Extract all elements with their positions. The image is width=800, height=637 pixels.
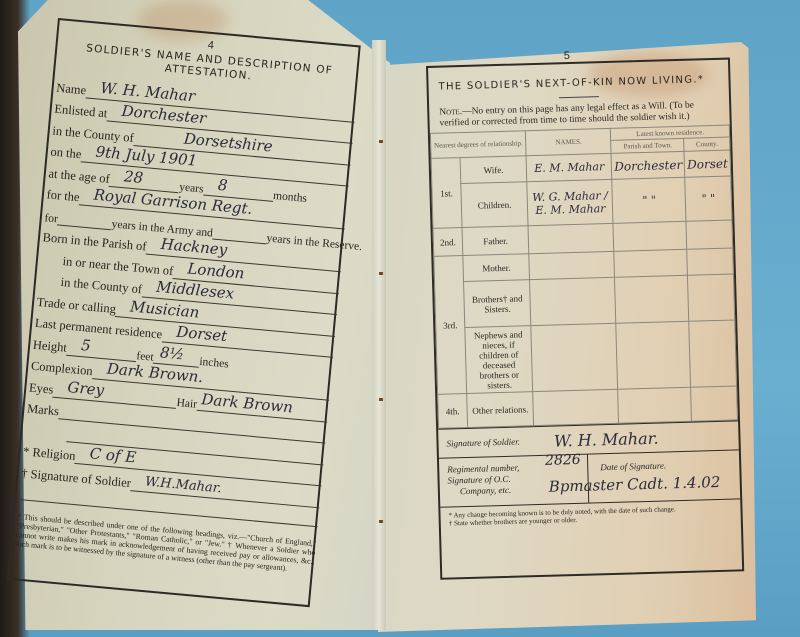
soldier-signature: W.H.Mahar. — [144, 474, 222, 496]
binding-stitch — [379, 272, 383, 275]
header-county: County. — [684, 137, 730, 151]
soldier-signature: W. H. Mahar. — [554, 428, 659, 450]
book-gutter — [372, 40, 386, 630]
regimental-block: Regimental number, 2826 Signature of O.C… — [439, 449, 740, 506]
eyes-value: Grey — [67, 378, 105, 399]
next-of-kin-section: 5 THE SOLDIER'S NEXT-OF-KIN NOW LIVING.*… — [426, 58, 740, 580]
header-degree: Nearest degrees of relationship. — [430, 131, 526, 159]
table-row: Nephews and nieces, if children of decea… — [436, 320, 737, 394]
age-months-value: 8 — [217, 175, 228, 194]
binding-stitch — [379, 398, 383, 401]
residence-value: Dorset — [176, 323, 228, 346]
right-page-border: THE SOLDIER'S NEXT-OF-KIN NOW LIVING.* N… — [426, 58, 744, 580]
religion-value: C of E — [89, 444, 137, 466]
table-row: Brothers† and Sisters. — [435, 274, 735, 328]
wife-name: E. M. Mahar — [526, 153, 612, 181]
age-years-value: 28 — [123, 167, 144, 187]
children-names: W. G. Mahar / E. M. Mahar — [527, 179, 613, 225]
regimental-number: 2826 — [545, 455, 581, 467]
wife-parish: Dorchester — [611, 151, 685, 179]
children-county: " " — [685, 176, 732, 221]
oc-signature-date: Bpmaster Cadt. 1.4.02 — [549, 473, 721, 496]
wife-county: Dorset — [684, 150, 730, 177]
binding-stitch — [379, 520, 383, 523]
binding-stitch — [379, 140, 383, 143]
next-of-kin-title: THE SOLDIER'S NEXT-OF-KIN NOW LIVING.* — [428, 60, 729, 99]
next-of-kin-table: Nearest degrees of relationship. NAMES. … — [430, 125, 738, 429]
header-names: NAMES. — [526, 128, 612, 155]
children-parish: " " — [612, 177, 686, 223]
page-number: 5 — [564, 50, 570, 62]
height-feet-value: 5 — [80, 336, 91, 355]
height-inches-value: 8½ — [159, 343, 185, 363]
attestation-section: 4 SOLDIER'S NAME AND DESCRIPTION OF ATTE… — [15, 26, 361, 575]
title-divider — [559, 96, 599, 98]
